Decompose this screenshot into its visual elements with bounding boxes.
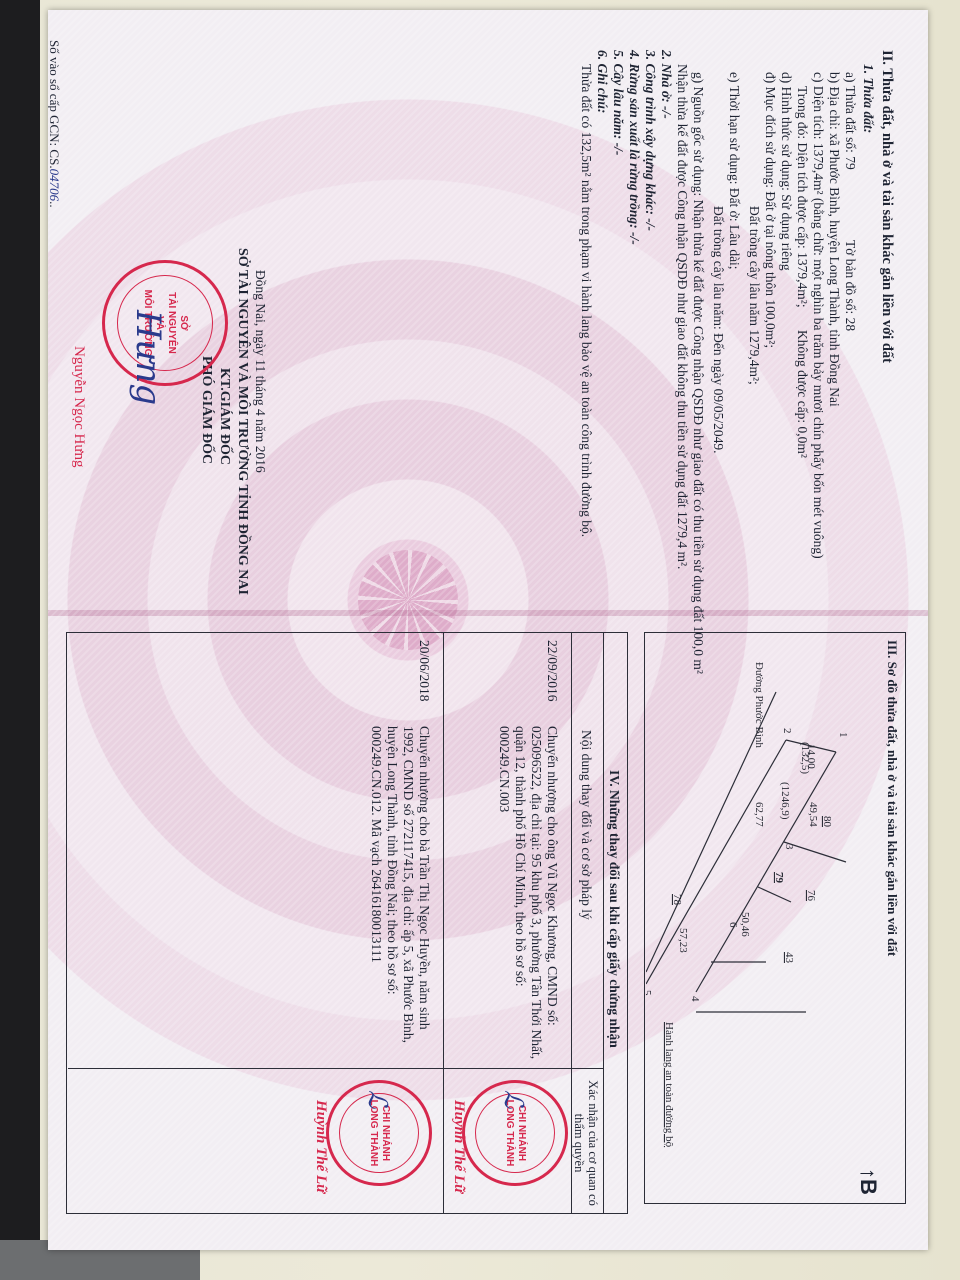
registry-number: Số vào sổ cấp GCN: CS.04706.. [48,40,62,208]
use-term-2: Đất trồng cây lâu năm: Đến ngày 09/05/20… [711,206,726,453]
entry-date: 22/09/2016 [545,640,560,702]
page-fold [48,610,928,616]
edge-length: 49,54 [807,802,819,827]
left-page: II. Thửa đất, nhà ở và tài sản khác gắn … [48,10,928,610]
parcel-number-label: a) Thửa đất số: 79 [843,72,858,170]
issuing-agency: SỞ TÀI NGUYÊN VÀ MÔI TRƯỜNG TỈNH ĐỒNG NA… [235,248,250,595]
parcel-subheading: 1. Thửa đất: [861,64,876,133]
parcel-number: 79 [843,156,858,170]
map-sheet-number: 28 [843,318,858,332]
area: c) Diện tích: 1379,4m² (bằng chữ: một ng… [811,72,826,559]
parcel-label: 78 [671,894,683,906]
divider [68,1068,604,1069]
entry-line: Chuyển nhượng cho ông Vũ Ngọc Khương, CM… [545,726,560,1026]
area-granted: Trong đó: Diện tích được cấp: 1379,4m²; [795,86,810,308]
road-label: Đường Phước Bình [753,662,765,748]
signer-name: Nguyễn Ngọc Hưng [71,346,86,467]
signature: ℒ [362,1090,392,1109]
use-term: e) Thời hạn sử dụng: Đất ở: Lâu dài; [727,72,742,270]
signing-date: Đồng Nai, ngày 11 tháng 4 năm 2016 [253,270,268,473]
stamp-line: SỞ [177,276,189,370]
use-purpose-2: Đất trồng cây lâu năm 1279,4m²; [747,206,762,385]
use-purpose: đ) Mục đích sử dụng: Đất ở tại nông thôn… [763,72,778,348]
parcel-label: 79 [773,872,785,884]
address: b) Địa chỉ: xã Phước Bình, huyện Long Th… [827,72,842,407]
signature: Hưng [128,310,168,405]
registry-label: Số vào sổ cấp GCN: CS [48,40,62,165]
area-value: (1246,9) [779,782,791,820]
entry-line: Chuyển nhượng cho bà Trần Thị Ngọc Huyền… [417,726,432,1030]
area-value: (132,5) [799,742,811,774]
parcel-number-label-text: a) Thửa đất số: [843,72,858,153]
area-not-granted: Không được cấp: 0,0m² [795,330,810,458]
construction-item: 3. Công trình xây dựng khác: -/- [643,50,658,231]
point-label: 4 [689,996,701,1002]
origin-2: Nhận thừa kế đất được Công nhận QSDĐ như… [675,64,690,569]
origin: g) Nguồn gốc sử dụng: Nhận thừa kế đất đ… [691,72,706,674]
house-item: 2. Nhà ở: -/- [659,50,674,119]
certificate-page: II. Thửa đất, nhà ở và tài sản khác gắn … [48,10,928,1250]
point-label: 6 [727,922,739,928]
plot-diagram: 1 2 3 4 5 6 14,00 49,54 50,46 62,77 57,2… [646,632,906,1202]
section4-heading: IV. Những thay đổi sau khi cấp giấy chứn… [607,770,622,1048]
entry-date: 20/06/2018 [417,640,432,702]
entry-line: 1992, CMND số 272117415, địa chỉ: ấp 5, … [401,726,416,1043]
section2-heading: II. Thửa đất, nhà ở và tài sản khác gắn … [879,50,894,363]
registry-value: 04706 [48,169,62,202]
column-header-changes: Nội dung thay đổi và cơ sở pháp lý [579,730,594,920]
corridor-label: Hành lang an toàn đường bộ [663,1022,675,1148]
forest-item: 4. Rừng sản xuất là rừng trồng: -/- [627,50,642,245]
entry-line: huyện Long Thành, tỉnh Đồng Nai; theo hồ… [385,726,400,995]
edge-length: 62,77 [753,802,765,827]
map-sheet-label: Tờ bản đồ số: [843,240,858,314]
entry-line: 000249.CN.003 [497,726,512,812]
divider [603,632,604,1214]
edge-length: 57,23 [677,928,689,953]
divider [443,632,444,1214]
parcel-label: 80 [821,816,833,828]
use-form: d) Hình thức sử dụng: Sử dụng riêng [779,72,794,271]
point-label: 1 [837,732,849,738]
right-page: III. Sơ đồ thửa đất, nhà ở và tài sản kh… [48,620,928,1220]
perennial-item: 5. Cây lâu năm: -/- [611,50,626,155]
entry-line: quận 12, thành phố Hồ Chí Minh, theo hồ … [513,726,528,987]
entry-line: 025096522, địa chỉ tại: 95 khu phố 3, ph… [529,726,544,1059]
entry-signer: Huỳnh Thế Lữ [451,1100,466,1193]
map-sheet: Tờ bản đồ số: 28 [843,240,858,331]
notes-heading: 6. Ghi chú: [595,50,610,113]
signer-role: KT.GIÁM ĐỐC [217,368,232,465]
entry-line: 000249.CN.012. Mã vạch 26416180013111 [369,726,384,963]
point-label: 5 [646,990,653,996]
point-label: 2 [781,728,793,734]
edge-length: 50,46 [739,912,751,937]
parcel-label: 76 [805,890,817,902]
point-label: 3 [783,844,795,850]
notes-text: Thửa đất có 132,5m² nằm trong phạm vi hà… [579,64,594,537]
background-shadow [0,0,40,1280]
column-header-confirmation: Xác nhận của cơ quan có thẩm quyền [572,1078,600,1208]
parcel-label: 43 [783,952,795,964]
signature: ℒ [498,1090,528,1109]
entry-signer: Huỳnh Thế Lữ [313,1100,328,1193]
